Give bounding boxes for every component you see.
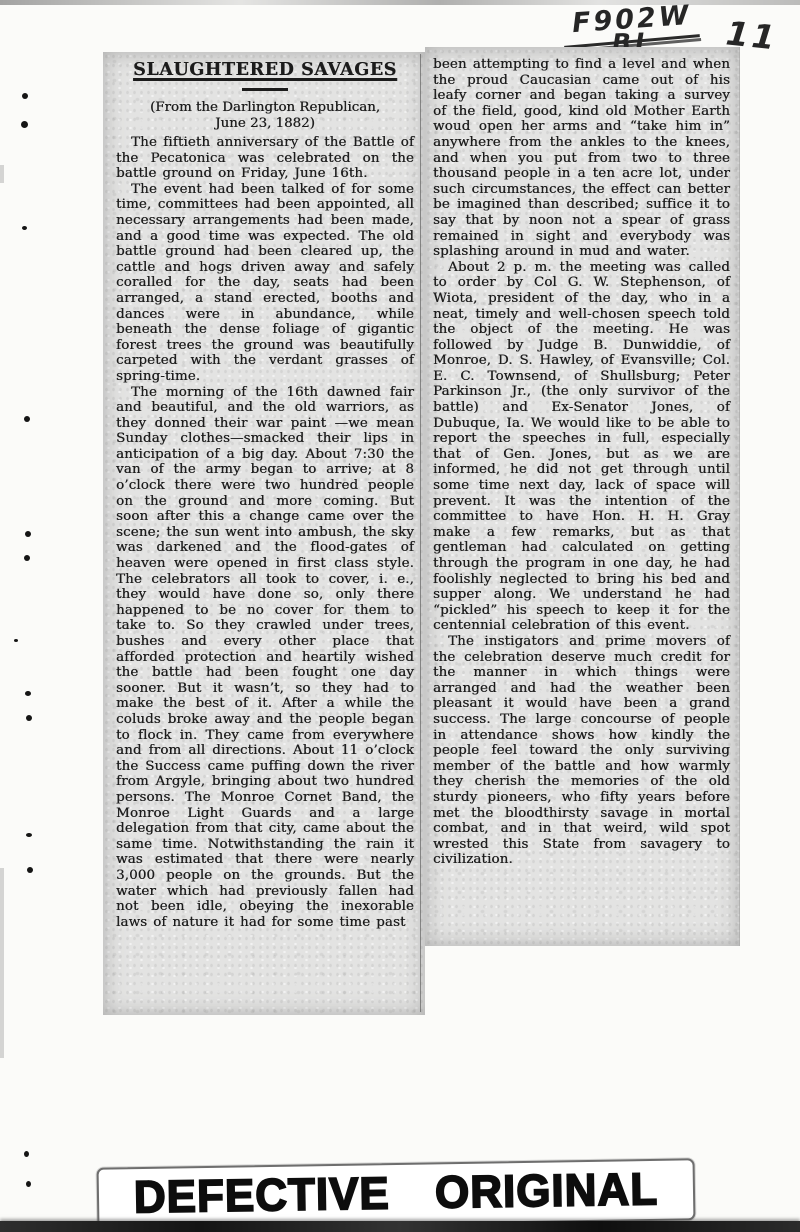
scan-speck [25, 531, 31, 537]
newspaper-clipping-left-column: SLAUGHTERED SAVAGES (From the Darlington… [103, 52, 425, 1015]
article-source: (From the Darlington Republican, June 23… [116, 100, 414, 132]
scan-speck [24, 416, 30, 422]
scan-speck [27, 867, 33, 873]
article-paragraph: The event had been talked of for some ti… [116, 182, 414, 385]
scan-speck [26, 715, 32, 721]
scan-speck [24, 555, 30, 561]
article-paragraph: The instigators and prime movers of the … [433, 634, 730, 868]
column-divider-rule [420, 54, 421, 1012]
newspaper-clipping-right-column: been attempting to find a level and when… [425, 47, 740, 946]
scan-speck [24, 1151, 29, 1157]
stamp-text: DEFECTIVE ORIGINAL [134, 1164, 659, 1224]
scan-speck [22, 226, 27, 230]
headline-divider [242, 88, 288, 91]
article-paragraph: The morning of the 16th dawned fair and … [116, 385, 414, 931]
article-source-line1: (From the Darlington Republican, [116, 100, 414, 116]
scan-edge-left [0, 868, 4, 1058]
scan-speck [21, 121, 28, 128]
article-headline: SLAUGHTERED SAVAGES [116, 60, 414, 80]
article-paragraph: About 2 p. m. the meeting was called to … [433, 260, 730, 634]
scan-speck [25, 691, 31, 696]
scan-edge-bottom [0, 1221, 800, 1232]
scan-speck [26, 833, 32, 837]
scan-speck [26, 1181, 31, 1187]
scan-edge-left [0, 165, 4, 183]
article-paragraph: The fiftieth anniversary of the Battle o… [116, 135, 414, 182]
article-paragraph: been attempting to find a level and when… [433, 57, 730, 260]
article-source-line2: June 23, 1882) [116, 116, 414, 132]
defective-original-stamp: DEFECTIVE ORIGINAL [97, 1158, 696, 1229]
scan-speck [22, 93, 28, 99]
scan-speck [14, 639, 18, 642]
